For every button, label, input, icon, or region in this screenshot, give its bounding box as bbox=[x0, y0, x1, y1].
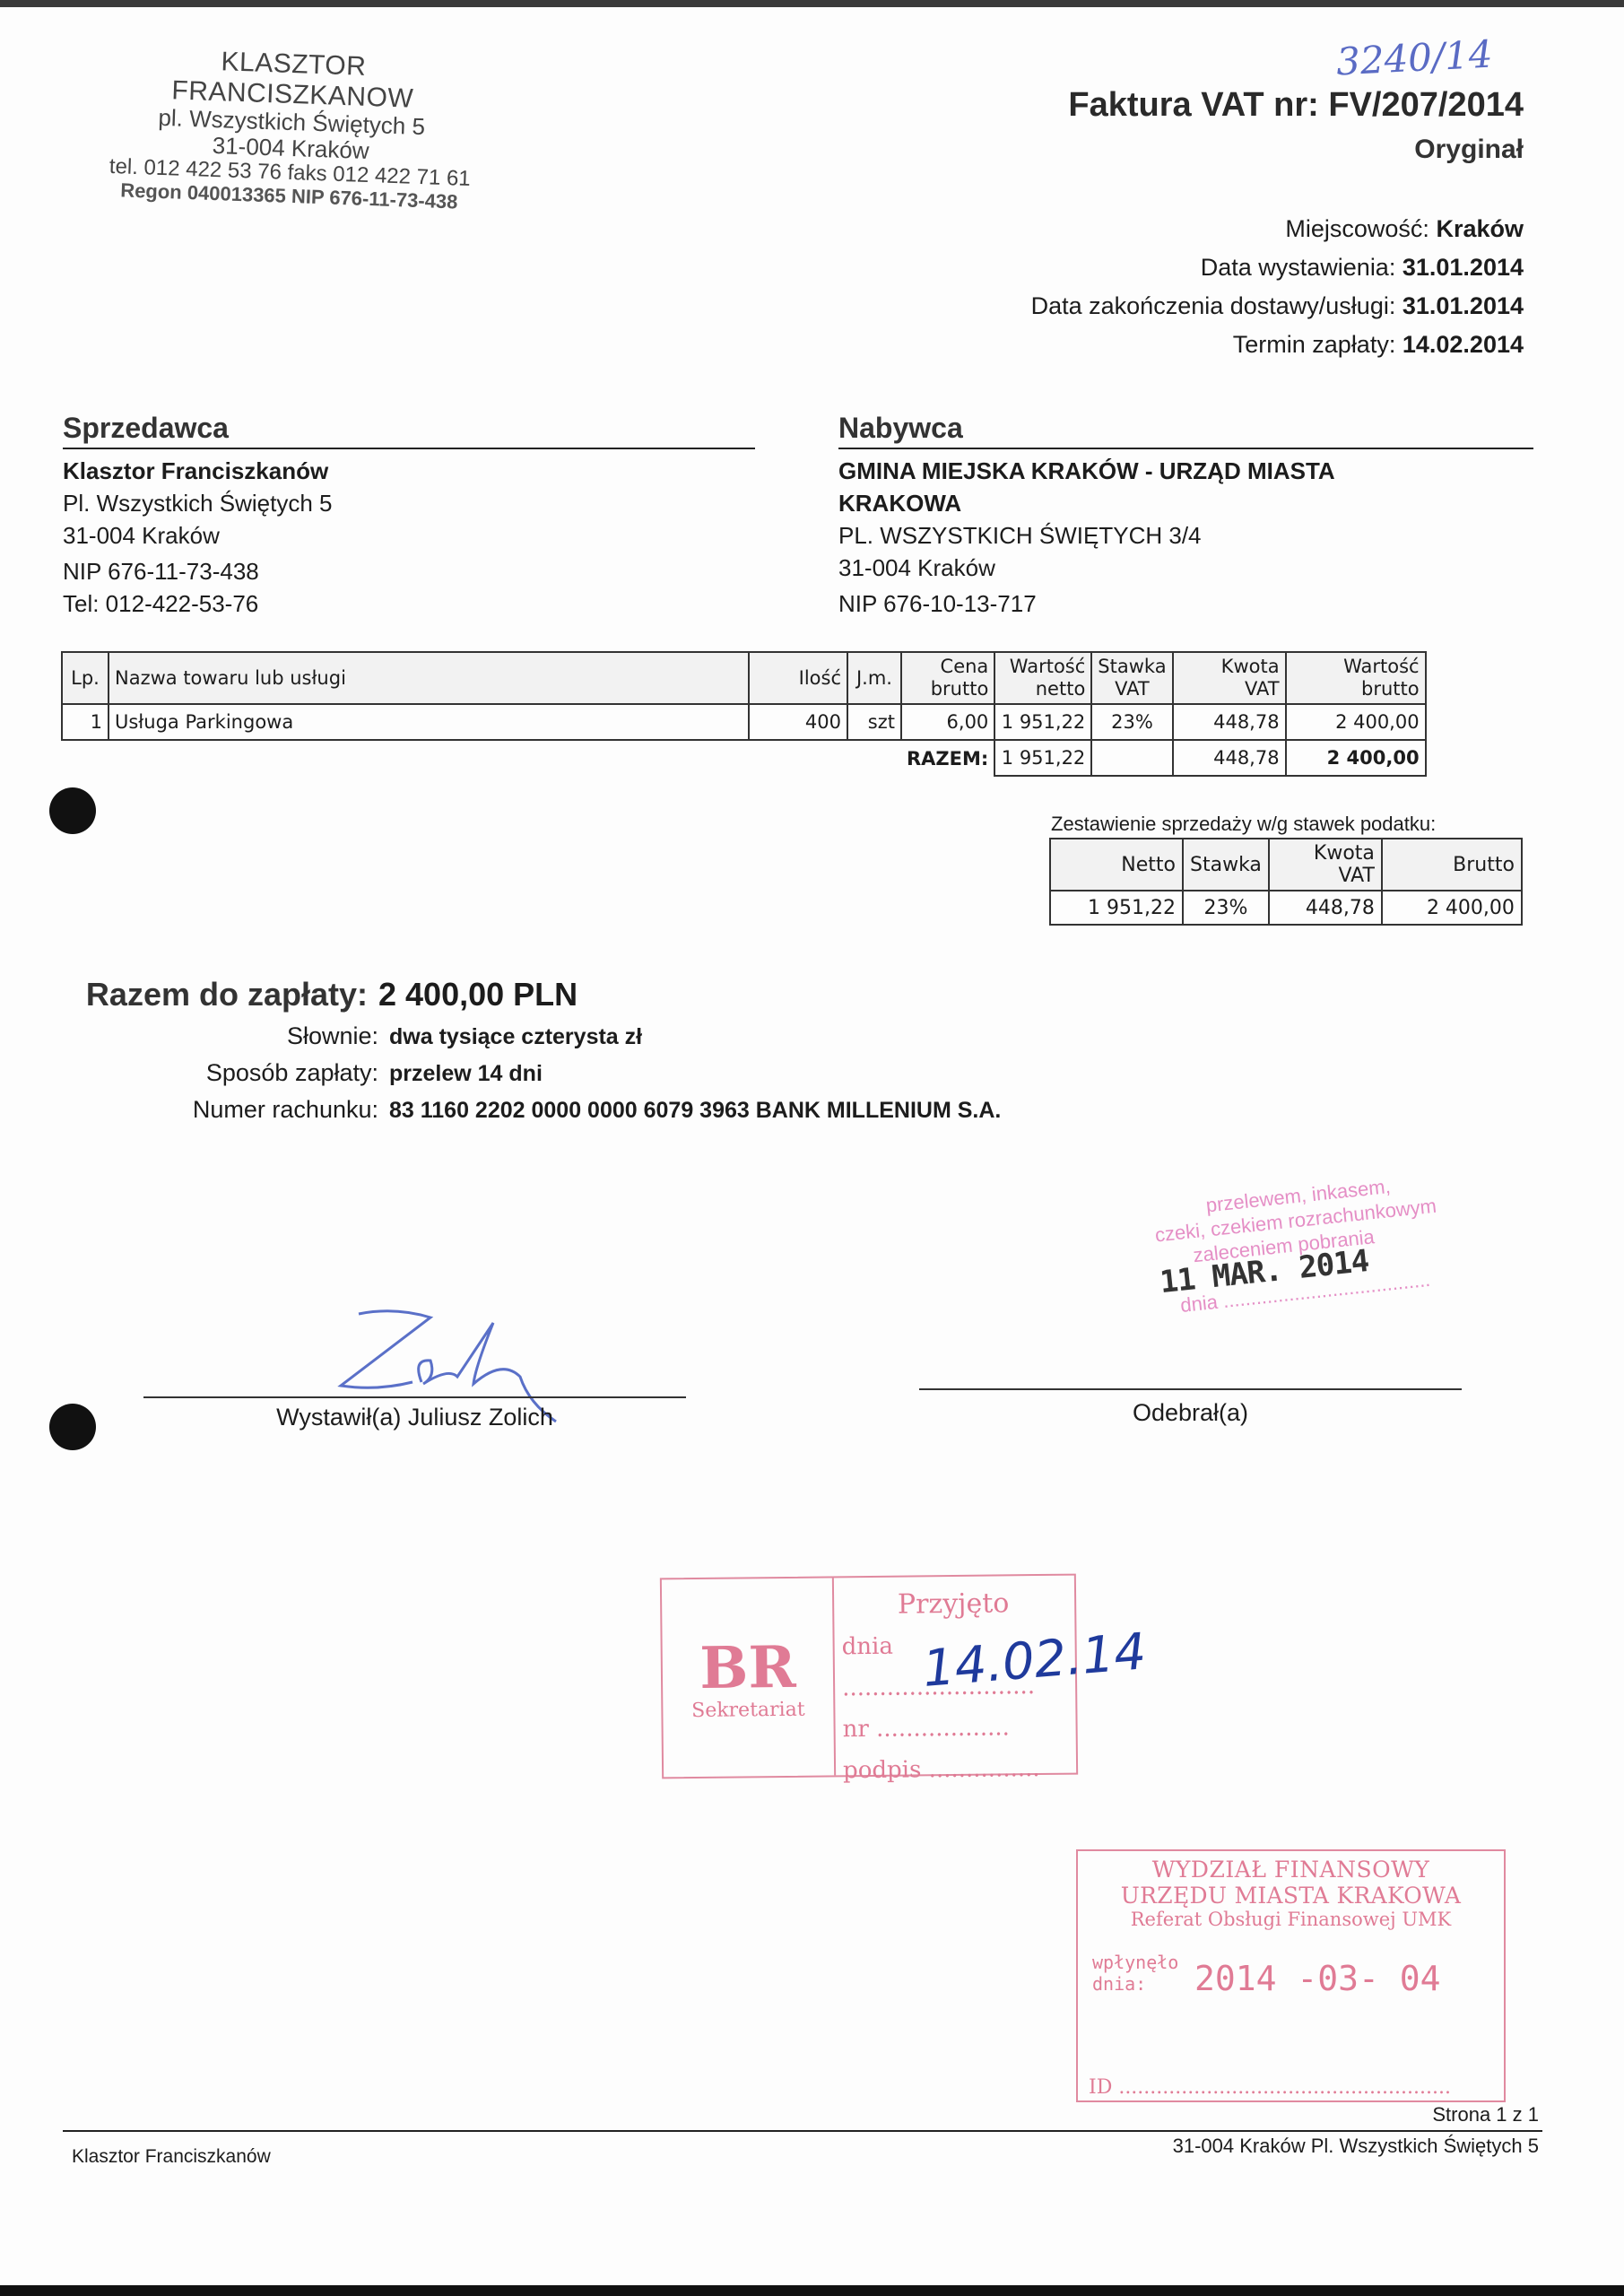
cell-vat: 448,78 bbox=[1269, 891, 1382, 925]
buyer-name-cont: KRAKOWA bbox=[838, 487, 1533, 519]
summary-caption: Zestawienie sprzedaży w/g stawek podatku… bbox=[1051, 813, 1436, 836]
bank-payment-stamp: przelewem, inkasem, czeki, czekiem rozra… bbox=[1151, 1170, 1446, 1319]
amount-words-row: Słownie: dwa tysiące czterysta zł bbox=[81, 1022, 1001, 1050]
seller-phone: Tel: 012-422-53-76 bbox=[63, 587, 755, 620]
col-net: Wartośćnetto bbox=[994, 652, 1091, 704]
total-due: 2 400,00 PLN bbox=[378, 976, 578, 1013]
invoice-title: Faktura VAT nr: FV/207/2014 bbox=[1068, 86, 1524, 125]
cell-net: 1 951,22 bbox=[994, 704, 1091, 740]
totals-row: RAZEM: 1 951,22 448,78 2 400,00 bbox=[62, 740, 1426, 776]
buyer-name: GMINA MIEJSKA KRAKÓW - URZĄD MIASTA bbox=[838, 455, 1533, 487]
col-price: Cenabrutto bbox=[901, 652, 994, 704]
cell-unit: szt bbox=[847, 704, 901, 740]
seller-address: Pl. Wszystkich Świętych 5 bbox=[63, 487, 755, 519]
punch-hole bbox=[49, 1404, 96, 1450]
col-name: Nazwa towaru lub usługi bbox=[109, 652, 749, 704]
totals-vat: 448,78 bbox=[1173, 740, 1286, 776]
table-header-row: Lp. Nazwa towaru lub usługi Ilość J.m. C… bbox=[62, 652, 1426, 704]
cell-rate: 23% bbox=[1091, 704, 1172, 740]
cell-rate: 23% bbox=[1183, 891, 1269, 925]
cell-gross: 2 400,00 bbox=[1286, 704, 1426, 740]
buyer-address: PL. WSZYSTKICH ŚWIĘTYCH 3/4 bbox=[838, 519, 1533, 552]
seller-rubber-stamp: KLASZTOR FRANCISZKANOW pl. Wszystkich Św… bbox=[100, 43, 482, 214]
payment-method: przelew 14 dni bbox=[389, 1061, 543, 1087]
col-unit: J.m. bbox=[847, 652, 901, 704]
seller-block: Sprzedawca Klasztor Franciszkanów Pl. Ws… bbox=[63, 410, 755, 620]
amount-words: dwa tysiące czterysta zł bbox=[389, 1024, 642, 1050]
receiver-label: Odebrał(a) bbox=[919, 1399, 1462, 1427]
col-net: Netto bbox=[1050, 839, 1183, 891]
receiver-signature-line bbox=[919, 1388, 1462, 1390]
page-indicator: Strona 1 z 1 bbox=[1432, 2103, 1539, 2126]
cell-price: 6,00 bbox=[901, 704, 994, 740]
br-secretariat-stamp: BR Sekretariat Przyjęto dnia ...........… bbox=[660, 1574, 1078, 1779]
totals-gross: 2 400,00 bbox=[1286, 740, 1426, 776]
seller-name: Klasztor Franciszkanów bbox=[63, 455, 755, 487]
col-rate: Stawka bbox=[1183, 839, 1269, 891]
footer-address: 31-004 Kraków Pl. Wszystkich Świętych 5 bbox=[1173, 2135, 1539, 2158]
footer-company: Klasztor Franciszkanów bbox=[72, 2146, 271, 2168]
col-vat: KwotaVAT bbox=[1173, 652, 1286, 704]
table-row: 1 Usługa Parkingowa 400 szt 6,00 1 951,2… bbox=[62, 704, 1426, 740]
cell-net: 1 951,22 bbox=[1050, 891, 1183, 925]
totals-rate bbox=[1091, 740, 1172, 776]
vat-summary-table: Netto Stawka Kwota VAT Brutto 1 951,22 2… bbox=[1049, 838, 1523, 926]
invoice-meta: Miejscowość: Kraków Data wystawienia: 31… bbox=[1031, 210, 1524, 364]
buyer-block: Nabywca GMINA MIEJSKA KRAKÓW - URZĄD MIA… bbox=[838, 410, 1533, 620]
col-gross: Brutto bbox=[1382, 839, 1522, 891]
meta-issue-date: Data wystawienia: 31.01.2014 bbox=[1031, 248, 1524, 287]
payment-method-row: Sposób zapłaty: przelew 14 dni bbox=[81, 1059, 1001, 1087]
finance-department-stamp: WYDZIAŁ FINANSOWY URZĘDU MIASTA KRAKOWA … bbox=[1076, 1849, 1506, 2102]
scan-top-edge bbox=[0, 0, 1624, 7]
payment-block: Razem do zapłaty: 2 400,00 PLN Słownie: … bbox=[81, 976, 1001, 1133]
seller-nip: NIP 676-11-73-438 bbox=[63, 555, 755, 587]
col-qty: Ilość bbox=[749, 652, 847, 704]
finance-received-date: 2014 -03- 04 bbox=[1194, 1959, 1441, 1998]
issuer-label: Wystawił(a) Juliusz Zolich bbox=[143, 1404, 686, 1431]
seller-heading: Sprzedawca bbox=[63, 410, 755, 449]
col-rate: StawkaVAT bbox=[1091, 652, 1172, 704]
seller-city: 31-004 Kraków bbox=[63, 519, 755, 552]
cell-lp: 1 bbox=[62, 704, 109, 740]
punch-hole bbox=[49, 787, 96, 834]
buyer-city: 31-004 Kraków bbox=[838, 552, 1533, 584]
col-vat: Kwota VAT bbox=[1269, 839, 1382, 891]
account-number: 83 1160 2202 0000 0000 6079 3963 BANK MI… bbox=[389, 1098, 1001, 1124]
totals-net: 1 951,22 bbox=[994, 740, 1091, 776]
scan-bottom-edge bbox=[0, 2285, 1624, 2296]
cell-gross: 2 400,00 bbox=[1382, 891, 1522, 925]
col-gross: Wartośćbrutto bbox=[1286, 652, 1426, 704]
total-due-row: Razem do zapłaty: 2 400,00 PLN bbox=[81, 976, 1001, 1013]
col-lp: Lp. bbox=[62, 652, 109, 704]
account-number-row: Numer rachunku: 83 1160 2202 0000 0000 6… bbox=[81, 1096, 1001, 1124]
meta-delivery-date: Data zakończenia dostawy/usługi: 31.01.2… bbox=[1031, 287, 1524, 326]
table-header-row: Netto Stawka Kwota VAT Brutto bbox=[1050, 839, 1522, 891]
totals-label: RAZEM: bbox=[901, 740, 994, 776]
cell-vat: 448,78 bbox=[1173, 704, 1286, 740]
cell-name: Usługa Parkingowa bbox=[109, 704, 749, 740]
cell-qty: 400 bbox=[749, 704, 847, 740]
footer-divider bbox=[63, 2130, 1542, 2132]
table-row: 1 951,22 23% 448,78 2 400,00 bbox=[1050, 891, 1522, 925]
buyer-nip: NIP 676-10-13-717 bbox=[838, 587, 1533, 620]
handwritten-registry-number: 3240/14 bbox=[1335, 31, 1494, 83]
issuer-signature-line bbox=[143, 1396, 686, 1398]
invoice-copy-type: Oryginał bbox=[1414, 135, 1524, 165]
meta-place: Miejscowość: Kraków bbox=[1031, 210, 1524, 248]
meta-due-date: Termin zapłaty: 14.02.2014 bbox=[1031, 326, 1524, 364]
items-table: Lp. Nazwa towaru lub usługi Ilość J.m. C… bbox=[61, 651, 1427, 777]
buyer-heading: Nabywca bbox=[838, 410, 1533, 449]
